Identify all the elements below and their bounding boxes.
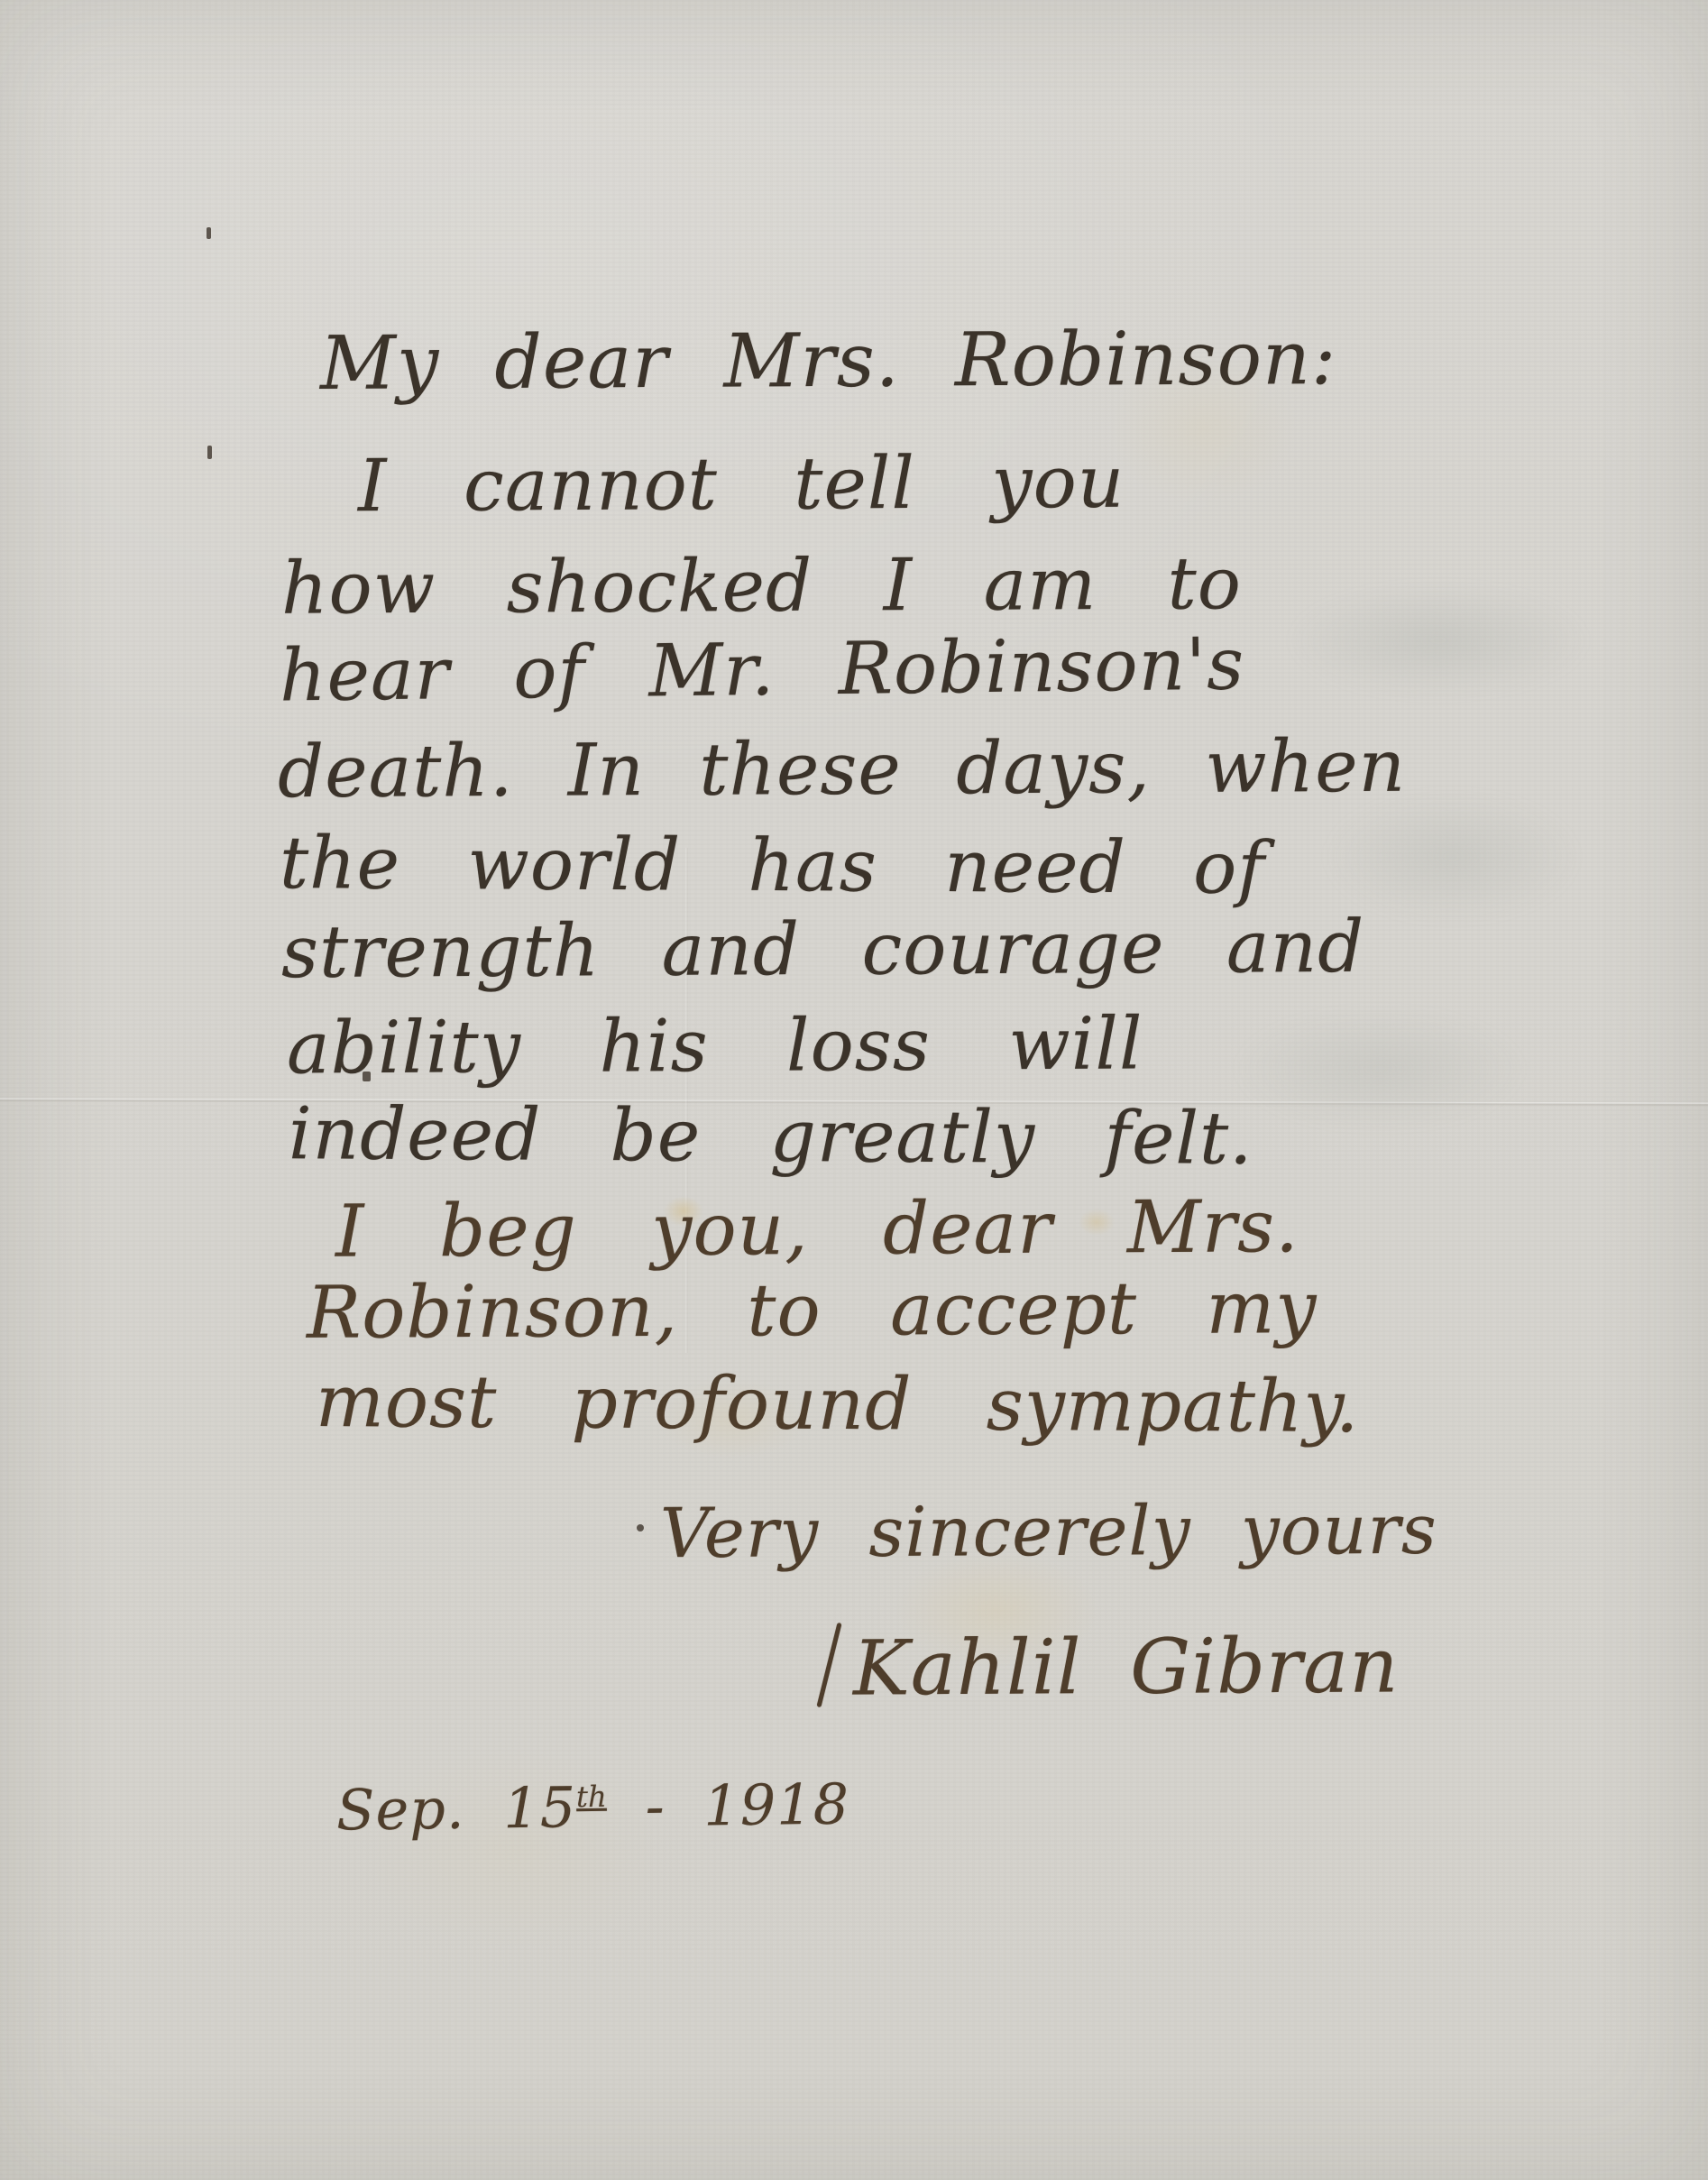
date-suffix: - 1918 bbox=[645, 1771, 849, 1840]
date-ordinal: th bbox=[576, 1782, 607, 1812]
body-line: how shocked I am to bbox=[281, 547, 1242, 625]
ink-speck bbox=[207, 227, 211, 239]
ink-speck bbox=[207, 446, 212, 459]
date-prefix: Sep. 15 bbox=[336, 1774, 577, 1843]
date-line: Sep. 15th - 1918 bbox=[336, 1777, 850, 1839]
body-line: I cannot tell you bbox=[358, 446, 1125, 522]
body-line: strength and courage and bbox=[281, 911, 1365, 989]
body-line: the world has need of bbox=[280, 827, 1265, 905]
body-line: ability his loss will bbox=[287, 1008, 1143, 1085]
ink-speck bbox=[637, 1524, 644, 1532]
body-line: I beg you, dear Mrs. bbox=[335, 1191, 1299, 1268]
closing-line: Very sincerely yours bbox=[660, 1495, 1437, 1568]
body-line: death. In these days, when bbox=[278, 731, 1406, 809]
body-line: indeed be greatly felt. bbox=[289, 1098, 1253, 1175]
body-line: most profound sympathy. bbox=[316, 1366, 1360, 1443]
body-line: Robinson, to accept my bbox=[307, 1272, 1318, 1349]
body-line: hear of Mr. Robinson's bbox=[280, 628, 1245, 712]
letter-sheet: My dear Mrs. Robinson: I cannot tell you… bbox=[0, 0, 1708, 2180]
salutation-line: My dear Mrs. Robinson: bbox=[320, 322, 1337, 401]
signature-line: Kahlil Gibran bbox=[853, 1627, 1400, 1706]
